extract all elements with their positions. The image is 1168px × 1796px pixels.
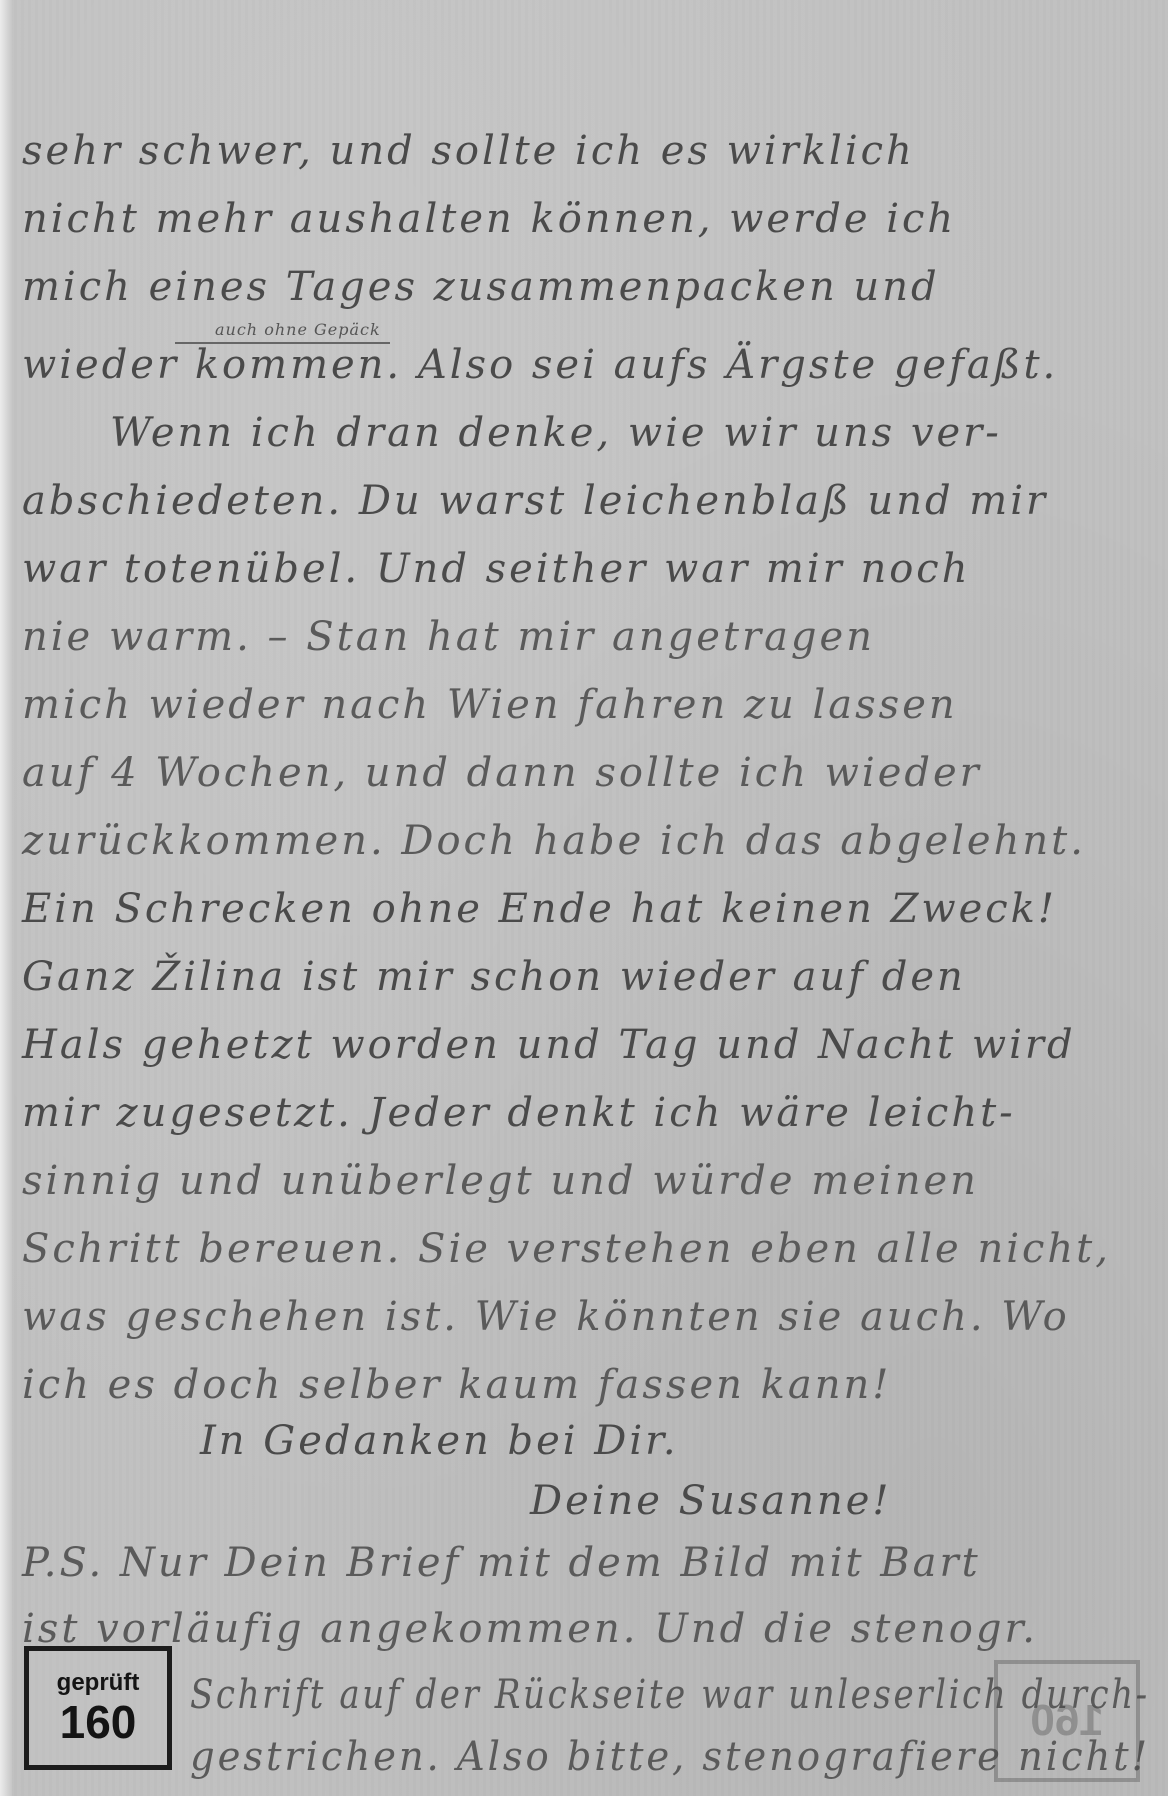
- body-line: war totenübel. Und seither war mir noch: [22, 546, 970, 592]
- body-line: auf 4 Wochen, und dann sollte ich wieder: [22, 750, 982, 796]
- bleed-through-stamp: 160: [994, 1660, 1140, 1782]
- letter-page: sehr schwer, und sollte ich es wirklich …: [0, 0, 1168, 1796]
- body-line: wieder kommen. Also sei aufs Ärgste gefa…: [22, 342, 1058, 388]
- postscript-line: P.S. Nur Dein Brief mit dem Bild mit Bar…: [22, 1540, 981, 1586]
- censor-stamp-number: 160: [60, 1699, 137, 1745]
- censor-stamp-label: geprüft: [57, 1671, 140, 1695]
- body-line: Wenn ich dran denke, wie wir uns ver-: [110, 410, 1002, 456]
- body-line: Hals gehetzt worden und Tag und Nacht wi…: [22, 1022, 1076, 1068]
- body-line: Ein Schrecken ohne Ende hat keinen Zweck…: [22, 886, 1057, 932]
- body-line: ich es doch selber kaum fassen kann!: [22, 1362, 891, 1408]
- censor-stamp: geprüft 160: [24, 1646, 172, 1770]
- body-line: abschiedeten. Du warst leichenblaß und m…: [22, 478, 1048, 524]
- body-line: was geschehen ist. Wie könnten sie auch.…: [22, 1294, 1070, 1340]
- bleed-through-stamp-number: 160: [1030, 1696, 1103, 1746]
- body-line: sinnig und unüberlegt und würde meinen: [22, 1158, 979, 1204]
- postscript-line: ist vorläufig angekommen. Und die stenog…: [22, 1606, 1038, 1652]
- body-line: zurückkommen. Doch habe ich das abgelehn…: [22, 818, 1086, 864]
- body-line: Ganz Žilina ist mir schon wieder auf den: [22, 954, 966, 1000]
- body-line: sehr schwer, und sollte ich es wirklich: [22, 128, 915, 174]
- body-line: nie warm. – Stan hat mir angetragen: [22, 614, 875, 660]
- body-line: mich wieder nach Wien fahren zu lassen: [22, 682, 958, 728]
- signature: Deine Susanne!: [530, 1478, 892, 1524]
- closing-line: In Gedanken bei Dir.: [200, 1418, 679, 1464]
- body-line: Schritt bereuen. Sie verstehen eben alle…: [22, 1226, 1111, 1272]
- body-line: nicht mehr aushalten können, werde ich: [22, 196, 956, 242]
- body-line: mir zugesetzt. Jeder denkt ich wäre leic…: [22, 1090, 1016, 1136]
- insertion-annotation: auch ohne Gepäck: [215, 320, 381, 339]
- paper-edge: [0, 0, 12, 1796]
- body-line: mich eines Tages zusammenpacken und: [22, 264, 940, 310]
